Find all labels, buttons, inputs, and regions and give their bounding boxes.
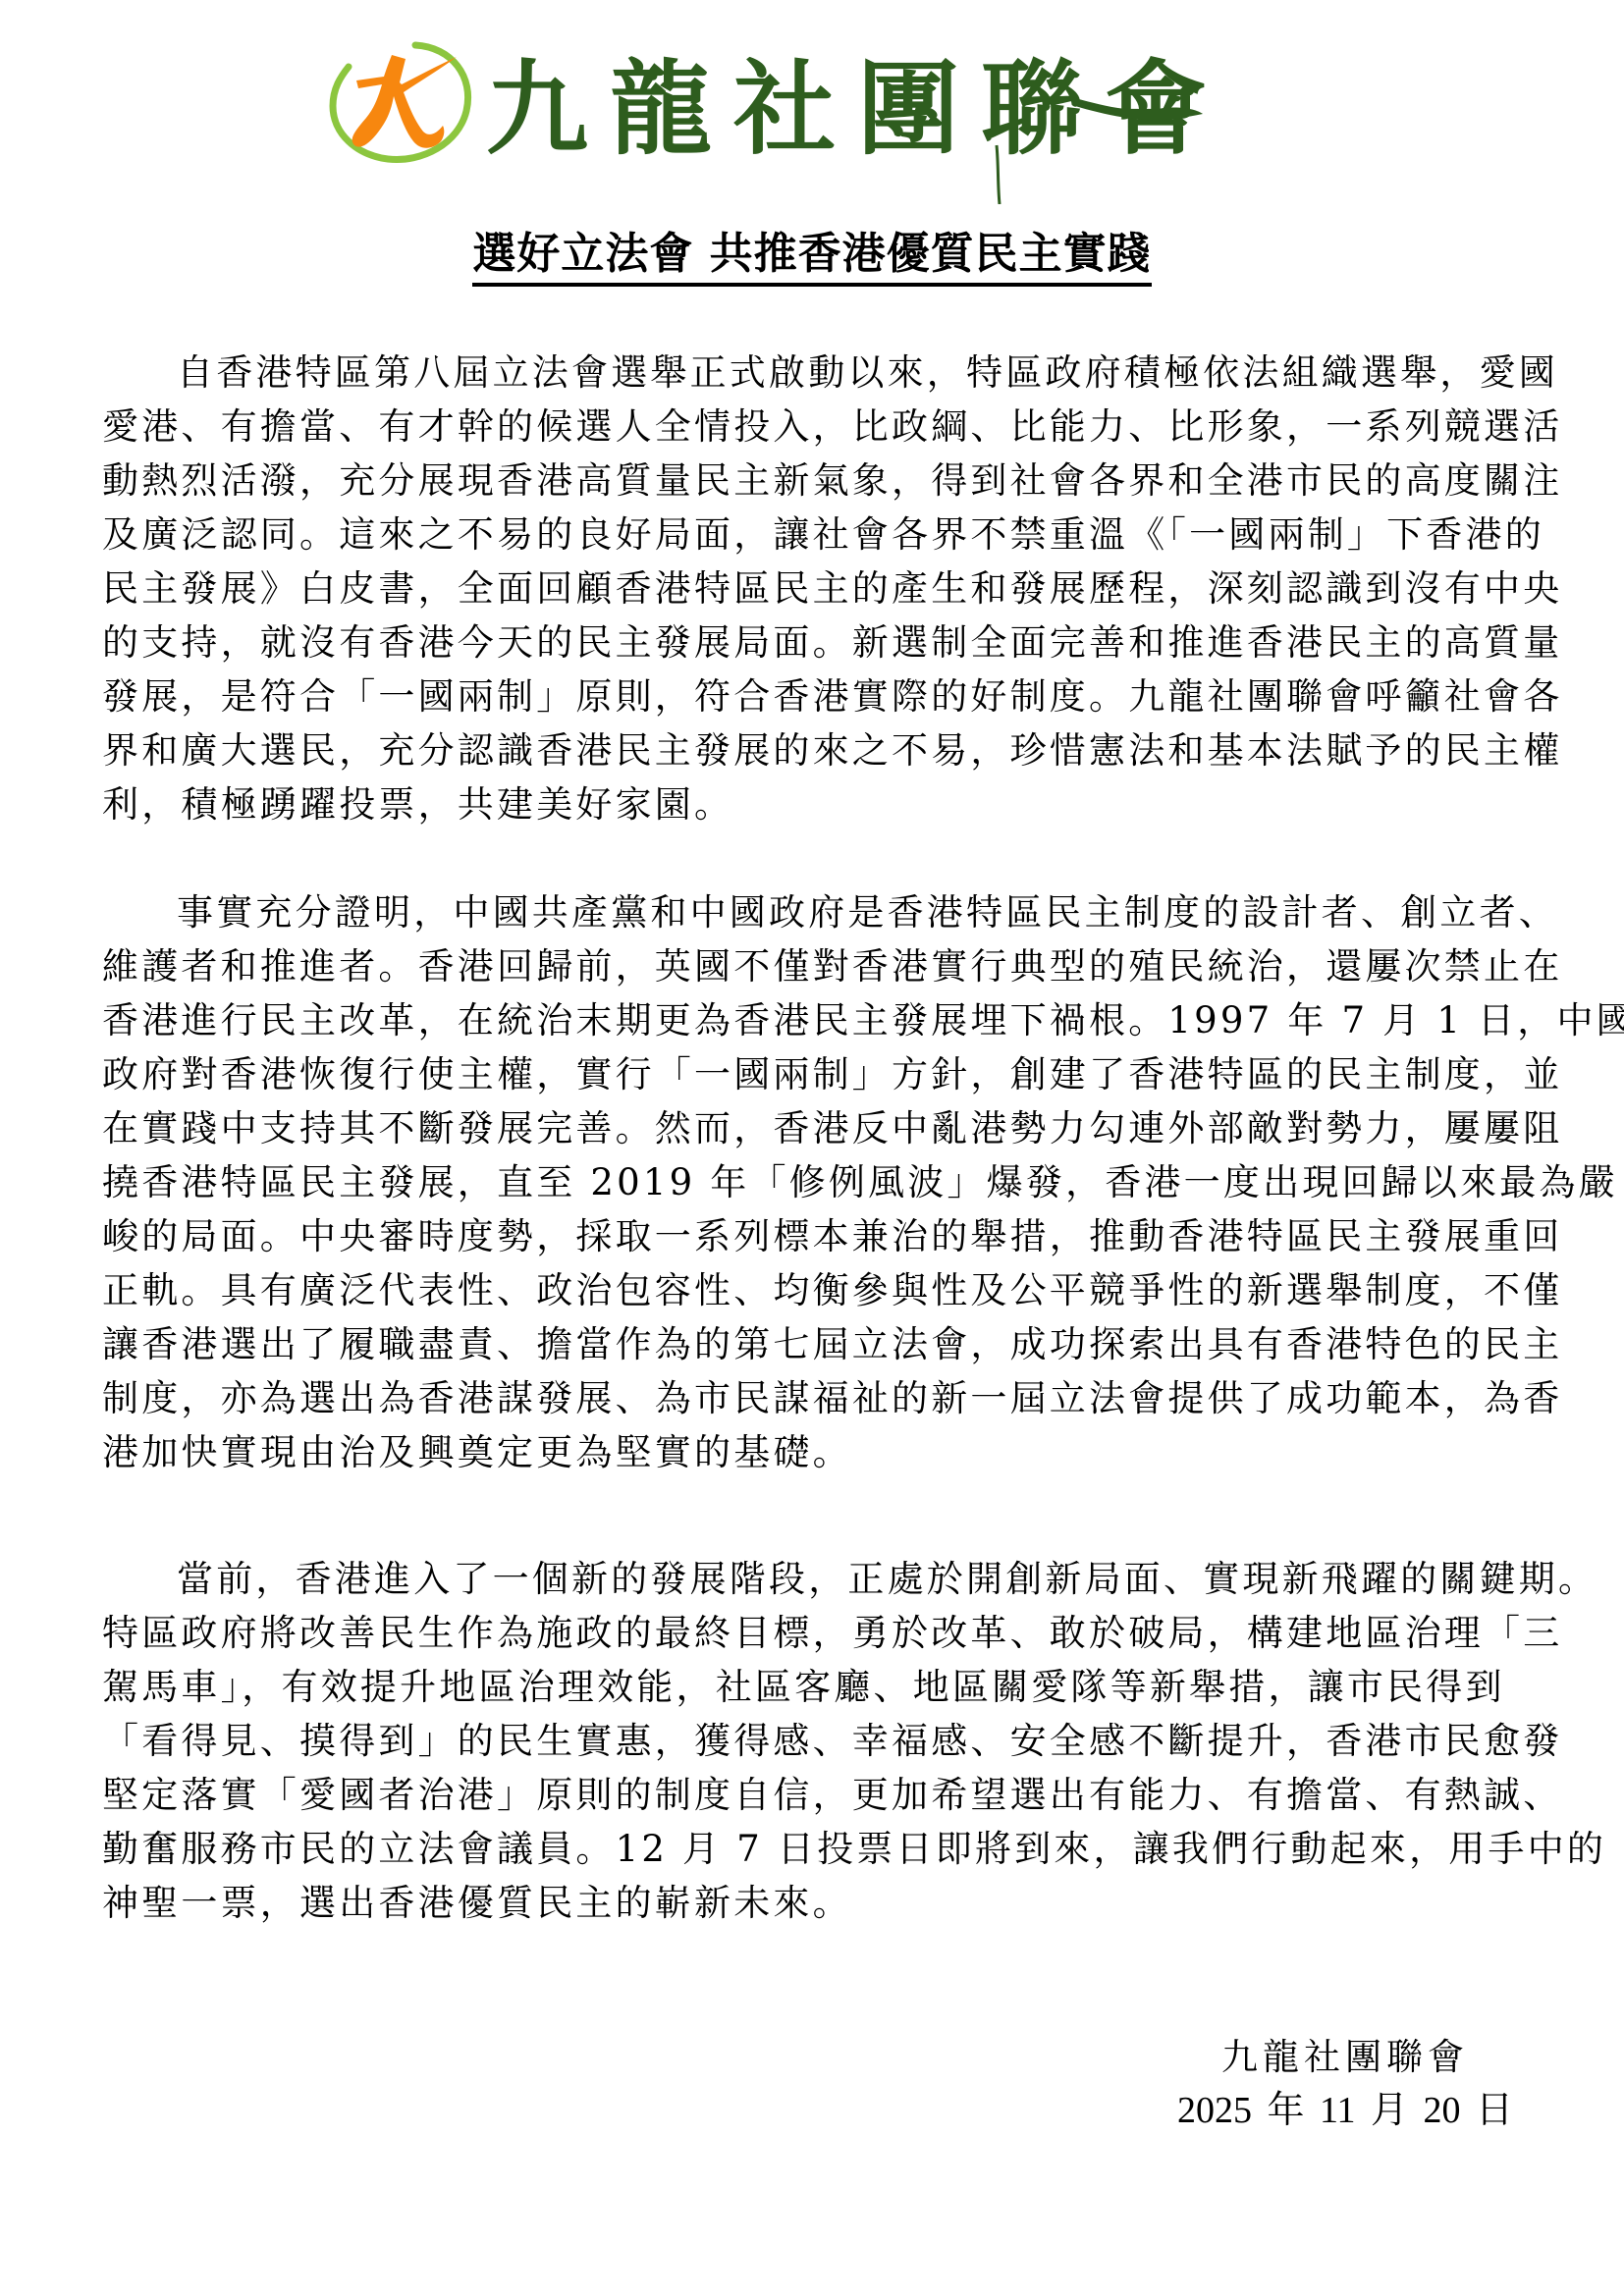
paragraph-line: 界和廣大選民，充分認識香港民主發展的來之不易，珍惜憲法和基本法賦予的民主權: [102, 723, 1536, 777]
signature-organization: 九龍社團聯會: [1168, 2030, 1522, 2084]
paragraph-line: 自香港特區第八屆立法會選舉正式啟動以來，特區政府積極依法組織選舉，愛國: [102, 346, 1536, 400]
paragraph-line: 在實踐中支持其不斷發展完善。然而，香港反中亂港勢力勾連外部敵對勢力，屢屢阻: [102, 1101, 1536, 1155]
paragraph-line: 制度，亦為選出為香港謀發展、為市民謀福祉的新一屆立法會提供了成功範本，為香: [102, 1371, 1536, 1425]
paragraph-line: 峻的局面。中央審時度勢，採取一系列標本兼治的舉措，推動香港特區民主發展重回: [102, 1209, 1536, 1263]
paragraph-line: 民主發展》白皮書，全面回顧香港特區民主的產生和發展歷程，深刻認識到沒有中央: [102, 561, 1536, 615]
paragraph-line: 「看得見、摸得到」的民生實惠，獲得感、幸福感、安全感不斷提升，香港市民愈發: [102, 1714, 1536, 1768]
paragraph-line: 撓香港特區民主發展，直至 2019 年「修例風波」爆發，香港一度出現回歸以來最為…: [102, 1155, 1536, 1209]
body-paragraph-3: 當前，香港進入了一個新的發展階段，正處於開創新局面、實現新飛躍的關鍵期。 特區政…: [102, 1552, 1536, 1930]
paragraph-line: 及廣泛認同。這來之不易的良好局面，讓社會各界不禁重溫《「一國兩制」下香港的: [102, 507, 1536, 561]
document-page: 九龍社團聯會 選好立法會 共推香港優質民主實踐 自香港特區第八屆立法會選舉正式啟…: [0, 0, 1624, 2296]
paragraph-line: 維護者和推進者。香港回歸前，英國不僅對香港實行典型的殖民統治，還屢次禁止在: [102, 939, 1536, 993]
body-paragraph-1: 自香港特區第八屆立法會選舉正式啟動以來，特區政府積極依法組織選舉，愛國 愛港、有…: [102, 346, 1536, 831]
paragraph-line: 正軌。具有廣泛代表性、政治包容性、均衡參與性及公平競爭性的新選舉制度，不僅: [102, 1263, 1536, 1317]
organization-logo-icon: [319, 37, 476, 165]
document-title-text: 選好立法會 共推香港優質民主實踐: [472, 228, 1151, 287]
paragraph-line: 駕馬車」，有效提升地區治理效能，社區客廳、地區關愛隊等新舉措，讓市民得到: [102, 1660, 1536, 1714]
paragraph-line: 堅定落實「愛國者治港」原則的制度自信，更加希望選出有能力、有擔當、有熱誠、: [102, 1768, 1536, 1822]
paragraph-line: 當前，香港進入了一個新的發展階段，正處於開創新局面、實現新飛躍的關鍵期。: [102, 1552, 1536, 1606]
letterhead: 九龍社團聯會: [319, 37, 1222, 204]
paragraph-line: 香港進行民主改革，在統治末期更為香港民主發展埋下禍根。1997 年 7 月 1 …: [102, 993, 1536, 1047]
paragraph-line: 動熱烈活潑，充分展現香港高質量民主新氣象，得到社會各界和全港市民的高度關注: [102, 454, 1536, 507]
paragraph-line: 愛港、有擔當、有才幹的候選人全情投入，比政綱、比能力、比形象，一系列競選活: [102, 400, 1536, 454]
organization-name-logotype: 九龍社團聯會: [486, 45, 1228, 173]
paragraph-line: 神聖一票，選出香港優質民主的嶄新未來。: [102, 1876, 1536, 1930]
paragraph-line: 港加快實現由治及興奠定更為堅實的基礎。: [102, 1425, 1536, 1479]
paragraph-line: 政府對香港恢復行使主權，實行「一國兩制」方針，創建了香港特區的民主制度，並: [102, 1047, 1536, 1101]
signature-block: 九龍社團聯會 2025 年 11 月 20 日: [1168, 2030, 1522, 2138]
signature-date: 2025 年 11 月 20 日: [1168, 2084, 1522, 2138]
paragraph-line: 利，積極踴躍投票，共建美好家園。: [102, 777, 1536, 831]
document-title: 選好立法會 共推香港優質民主實踐: [0, 228, 1624, 287]
paragraph-line: 發展，是符合「一國兩制」原則，符合香港實際的好制度。九龍社團聯會呼籲社會各: [102, 669, 1536, 723]
paragraph-line: 事實充分證明，中國共產黨和中國政府是香港特區民主制度的設計者、創立者、: [102, 885, 1536, 939]
paragraph-line: 勤奮服務市民的立法會議員。12 月 7 日投票日即將到來，讓我們行動起來，用手中…: [102, 1822, 1536, 1876]
paragraph-line: 的支持，就沒有香港今天的民主發展局面。新選制全面完善和推進香港民主的高質量: [102, 615, 1536, 669]
paragraph-line: 特區政府將改善民生作為施政的最終目標，勇於改革、敢於破局，構建地區治理「三: [102, 1606, 1536, 1660]
paragraph-line: 讓香港選出了履職盡責、擔當作為的第七屆立法會，成功探索出具有香港特色的民主: [102, 1317, 1536, 1371]
body-paragraph-2: 事實充分證明，中國共產黨和中國政府是香港特區民主制度的設計者、創立者、 維護者和…: [102, 885, 1536, 1479]
